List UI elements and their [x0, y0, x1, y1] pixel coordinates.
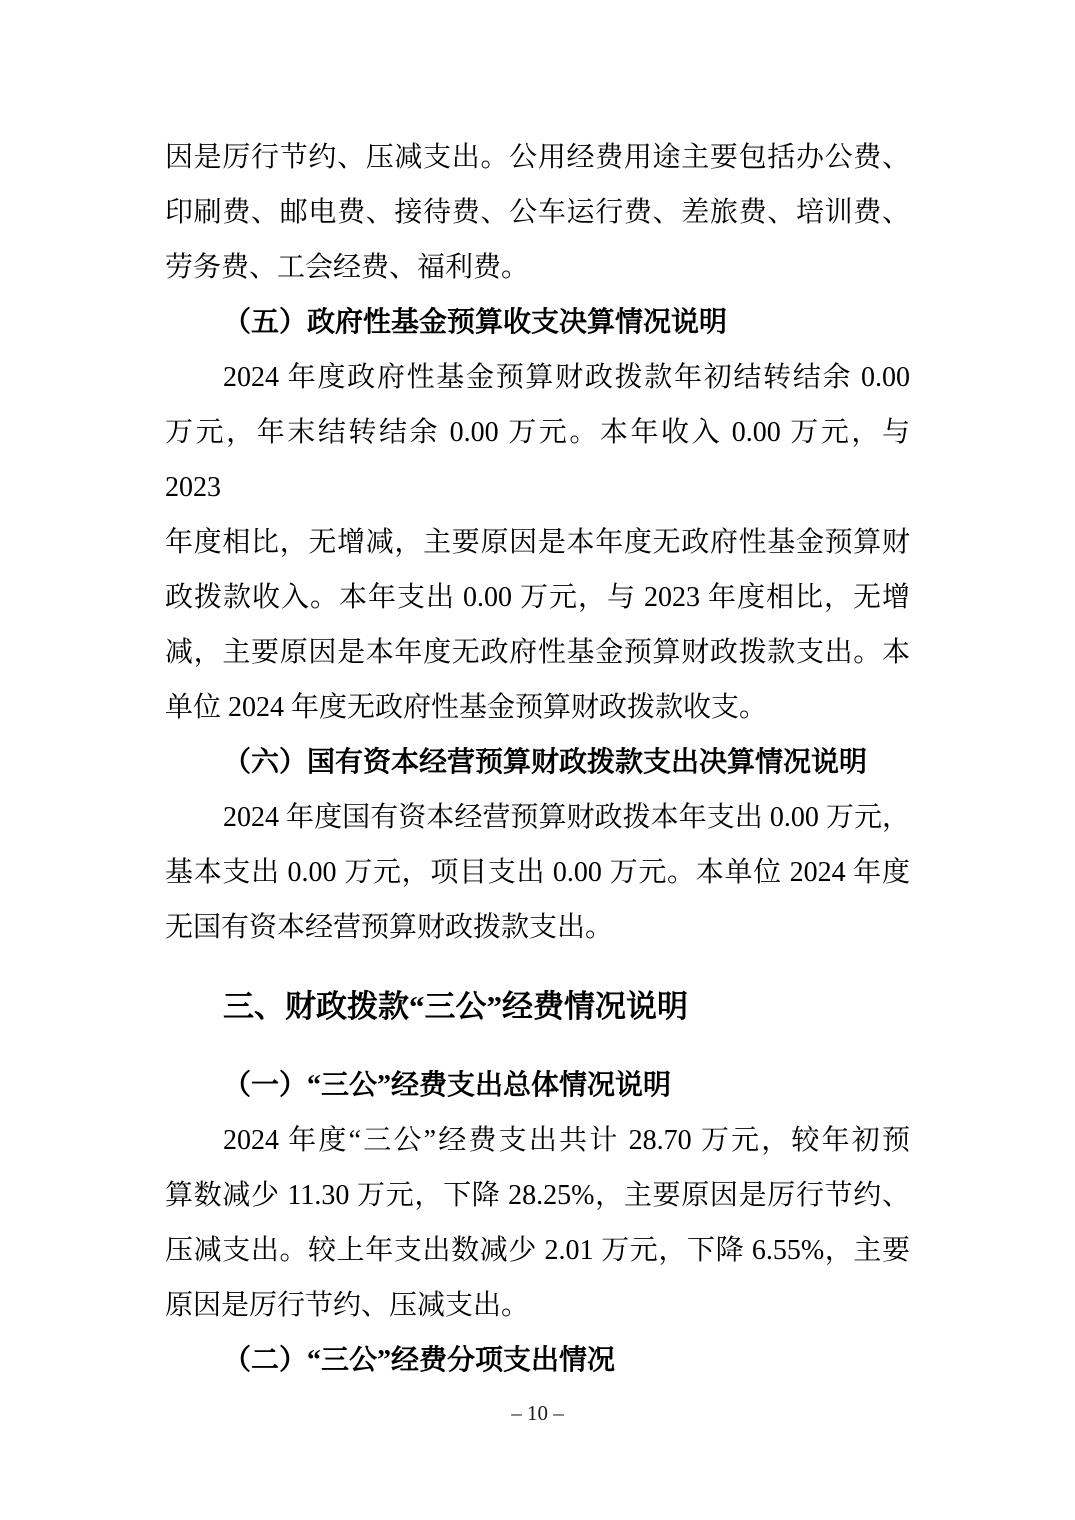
page-number: – 10 –: [511, 1401, 564, 1425]
body-line: 万元，年末结转结余 0.00 万元。本年收入 0.00 万元，与 2023: [165, 405, 910, 515]
document-page: 因是厉行节约、压减支出。公用经费用途主要包括办公费、 印刷费、邮电费、接待费、公…: [0, 0, 1075, 1520]
body-line: 因是厉行节约、压减支出。公用经费用途主要包括办公费、: [165, 130, 910, 185]
body-line: 印刷费、邮电费、接待费、公车运行费、差旅费、培训费、: [165, 185, 910, 240]
section-heading: （六）国有资本经营预算财政拨款支出决算情况说明: [165, 735, 910, 790]
body-line: 压减支出。较上年支出数减少 2.01 万元，下降 6.55%，主要: [165, 1223, 910, 1278]
body-line: 劳务费、工会经费、福利费。: [165, 240, 910, 295]
chapter-heading: 三、财政拨款“三公”经费情况说明: [165, 979, 910, 1034]
body-line: 2024 年度政府性基金预算财政拨款年初结转结余 0.00: [165, 350, 910, 405]
body-line: 减，主要原因是本年度无政府性基金预算财政拨款支出。本: [165, 625, 910, 680]
body-line: 政拨款收入。本年支出 0.00 万元，与 2023 年度相比，无增: [165, 570, 910, 625]
body-line: 2024 年度国有资本经营预算财政拨本年支出 0.00 万元，: [165, 790, 910, 845]
body-line: 无国有资本经营预算财政拨款支出。: [165, 900, 910, 955]
body-line: 单位 2024 年度无政府性基金预算财政拨款收支。: [165, 680, 910, 735]
body-line: 算数减少 11.30 万元，下降 28.25%，主要原因是厉行节约、: [165, 1168, 910, 1223]
body-line: 基本支出 0.00 万元，项目支出 0.00 万元。本单位 2024 年度: [165, 845, 910, 900]
section-heading: （五）政府性基金预算收支决算情况说明: [165, 295, 910, 350]
body-line: 年度相比，无增减，主要原因是本年度无政府性基金预算财: [165, 515, 910, 570]
body-line: 2024 年度“三公”经费支出共计 28.70 万元，较年初预: [165, 1113, 910, 1168]
body-line: 原因是厉行节约、压减支出。: [165, 1278, 910, 1333]
section-heading: （二）“三公”经费分项支出情况: [165, 1333, 910, 1388]
page-footer: – 10 –: [0, 1398, 1075, 1428]
document-body: 因是厉行节约、压减支出。公用经费用途主要包括办公费、 印刷费、邮电费、接待费、公…: [165, 130, 910, 1388]
section-heading: （一）“三公”经费支出总体情况说明: [165, 1058, 910, 1113]
